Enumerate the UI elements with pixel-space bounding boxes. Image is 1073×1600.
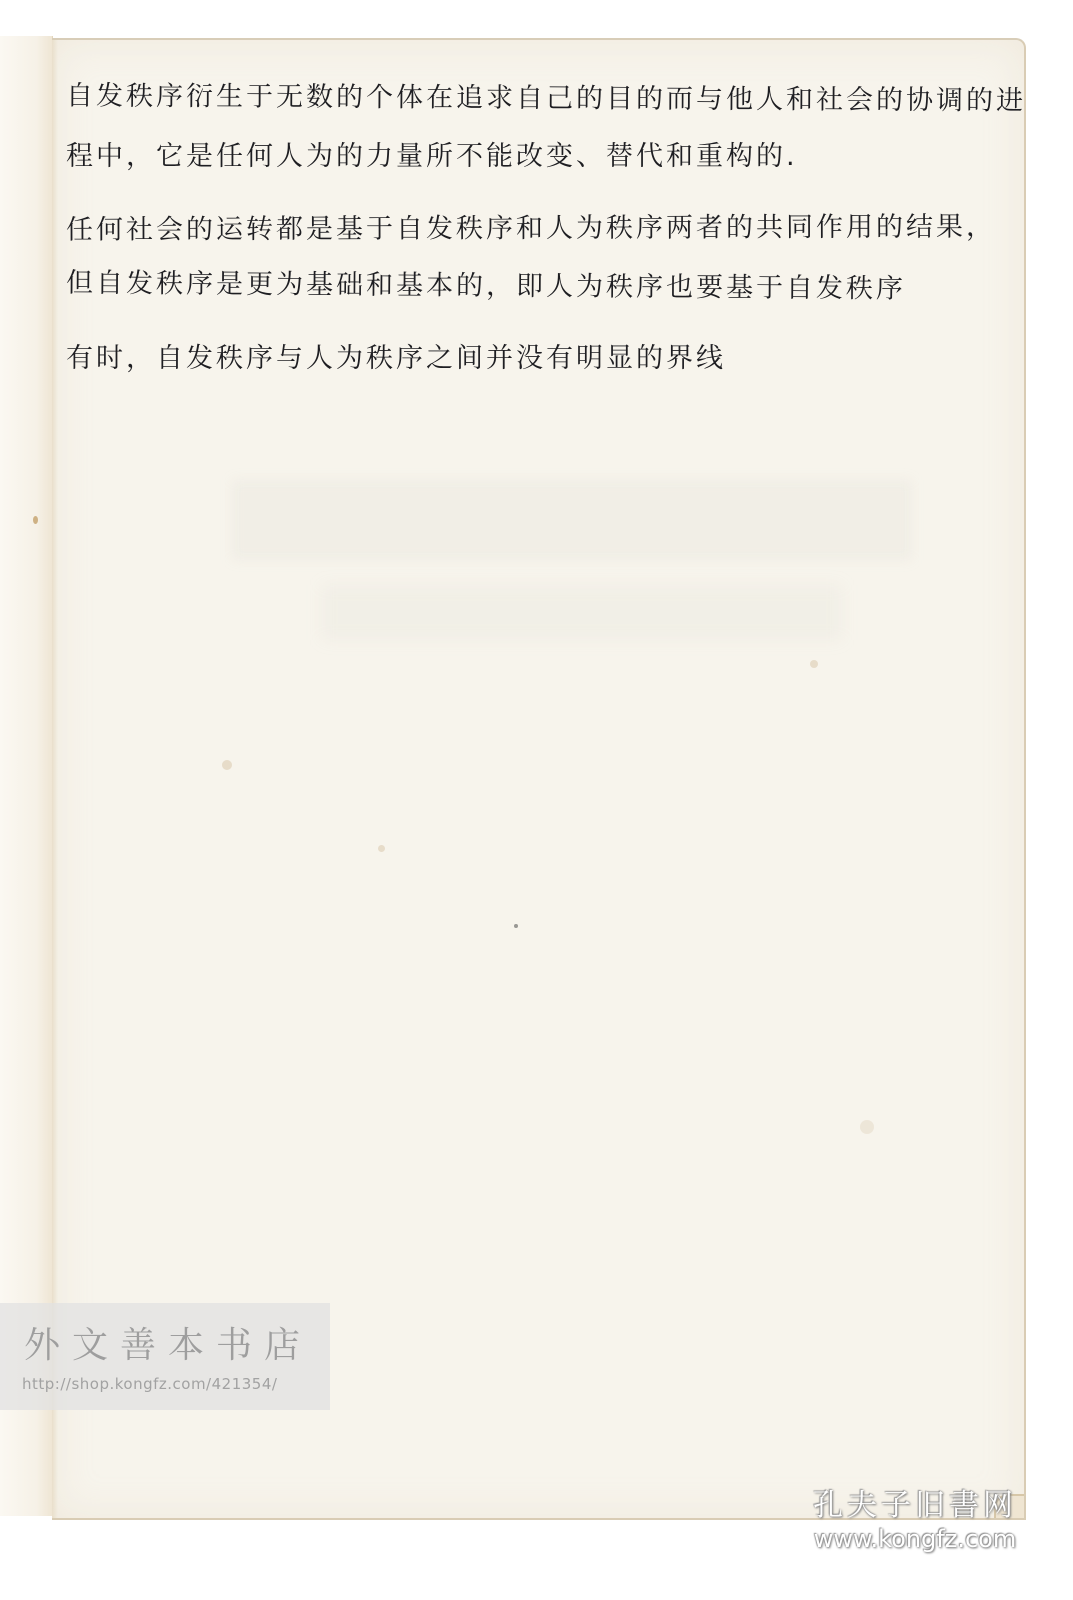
left-book-leaf (0, 36, 53, 1516)
note-line: 但自发秩序是更为基础和基本的，即人为秩序也要基于自发秩序 (66, 255, 1016, 320)
site-watermark-url: www.kongfz.com (795, 1524, 1035, 1554)
show-through-print (232, 480, 912, 560)
site-watermark-title: 孔夫子旧書网 (795, 1488, 1035, 1524)
note-line: 任何社会的运转都是基于自发秩序和人为秩序两者的共同作用的结果， (66, 198, 1016, 259)
shop-watermark-url: http://shop.kongfz.com/421354/ (22, 1375, 277, 1393)
note-paragraph-3: 有时，自发秩序与人为秩序之间并没有明显的界线 (66, 330, 1016, 388)
handwritten-notes: 自发秩序衍生于无数的个体在追求自己的目的而与他人和社会的协调的进 程中，它是任何… (66, 70, 1016, 402)
note-line: 程中，它是任何人为的力量所不能改变、替代和重构的. (66, 128, 1016, 186)
shop-watermark: 外文善本书店 http://shop.kongfz.com/421354/ (0, 1303, 330, 1410)
note-line: 自发秩序衍生于无数的个体在追求自己的目的而与他人和社会的协调的进 (66, 68, 1016, 131)
note-line: 有时，自发秩序与人为秩序之间并没有明显的界线 (66, 330, 1016, 388)
show-through-print (322, 585, 842, 640)
shop-watermark-title: 外文善本书店 (24, 1317, 312, 1368)
note-paragraph-2: 任何社会的运转都是基于自发秩序和人为秩序两者的共同作用的结果， 但自发秩序是更为… (66, 200, 1016, 316)
site-watermark: 孔夫子旧書网 www.kongfz.com (795, 1488, 1035, 1554)
note-paragraph-1: 自发秩序衍生于无数的个体在追求自己的目的而与他人和社会的协调的进 程中，它是任何… (66, 70, 1016, 186)
